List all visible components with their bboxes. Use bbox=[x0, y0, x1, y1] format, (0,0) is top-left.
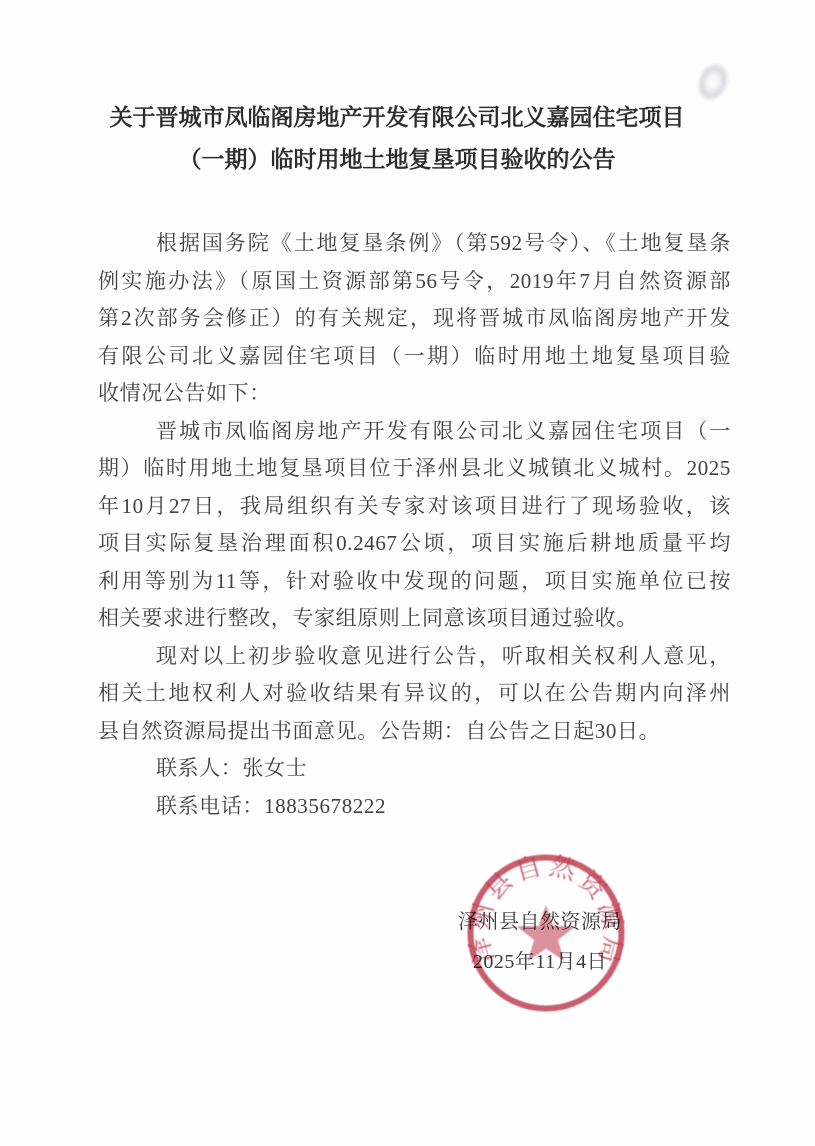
contact-phone-line: 联系电话：18835678222 bbox=[98, 788, 731, 826]
body-line: 例实施办法》（原国土资源部第56号令，2019年7月自然资源部 bbox=[98, 263, 731, 301]
document-body: 根据国务院《土地复垦条例》（第592号令）、《土地复垦条 例实施办法》（原国土资… bbox=[98, 225, 731, 825]
title-line-2: （一期）临时用地土地复垦项目验收的公告 bbox=[88, 139, 706, 181]
body-line: 晋城市凤临阁房地产开发有限公司北义嘉园住宅项目（一 bbox=[98, 413, 731, 451]
body-line: 县自然资源局提出书面意见。公告期：自公告之日起30日。 bbox=[98, 713, 731, 751]
body-line: 收情况公告如下： bbox=[98, 375, 731, 413]
document-title: 关于晋城市凤临阁房地产开发有限公司北义嘉园住宅项目 （一期）临时用地土地复垦项目… bbox=[88, 97, 706, 181]
stamp-star-icon bbox=[517, 905, 576, 961]
body-line: 根据国务院《土地复垦条例》（第592号令）、《土地复垦条 bbox=[98, 225, 731, 263]
body-line: 期）临时用地土地复垦项目位于泽州县北义城镇北义城村。2025 bbox=[98, 450, 731, 488]
body-line: 年10月27日，我局组织有关专家对该项目进行了现场验收，该 bbox=[98, 488, 731, 526]
body-line: 相关要求进行整改，专家组原则上同意该项目通过验收。 bbox=[98, 600, 731, 638]
body-line: 第2次部务会修正）的有关规定，现将晋城市凤临阁房地产开发 bbox=[98, 300, 731, 338]
contact-person-line: 联系人：张女士 bbox=[98, 750, 731, 788]
official-seal-stamp: 泽州县自然资源局 bbox=[446, 833, 646, 1033]
body-line: 现对以上初步验收意见进行公告，听取相关权利人意见， bbox=[98, 638, 731, 676]
body-line: 利用等别为11等，针对验收中发现的问题，项目实施单位已按 bbox=[98, 563, 731, 601]
title-line-1: 关于晋城市凤临阁房地产开发有限公司北义嘉园住宅项目 bbox=[88, 97, 706, 139]
body-line: 有限公司北义嘉园住宅项目（一期）临时用地土地复垦项目验 bbox=[98, 338, 731, 376]
announcement-page: 关于晋城市凤临阁房地产开发有限公司北义嘉园住宅项目 （一期）临时用地土地复垦项目… bbox=[0, 0, 815, 1146]
body-line: 项目实际复垦治理面积0.2467公顷，项目实施后耕地质量平均 bbox=[98, 525, 731, 563]
body-line: 相关土地权利人对验收结果有异议的，可以在公告期内向泽州 bbox=[98, 675, 731, 713]
